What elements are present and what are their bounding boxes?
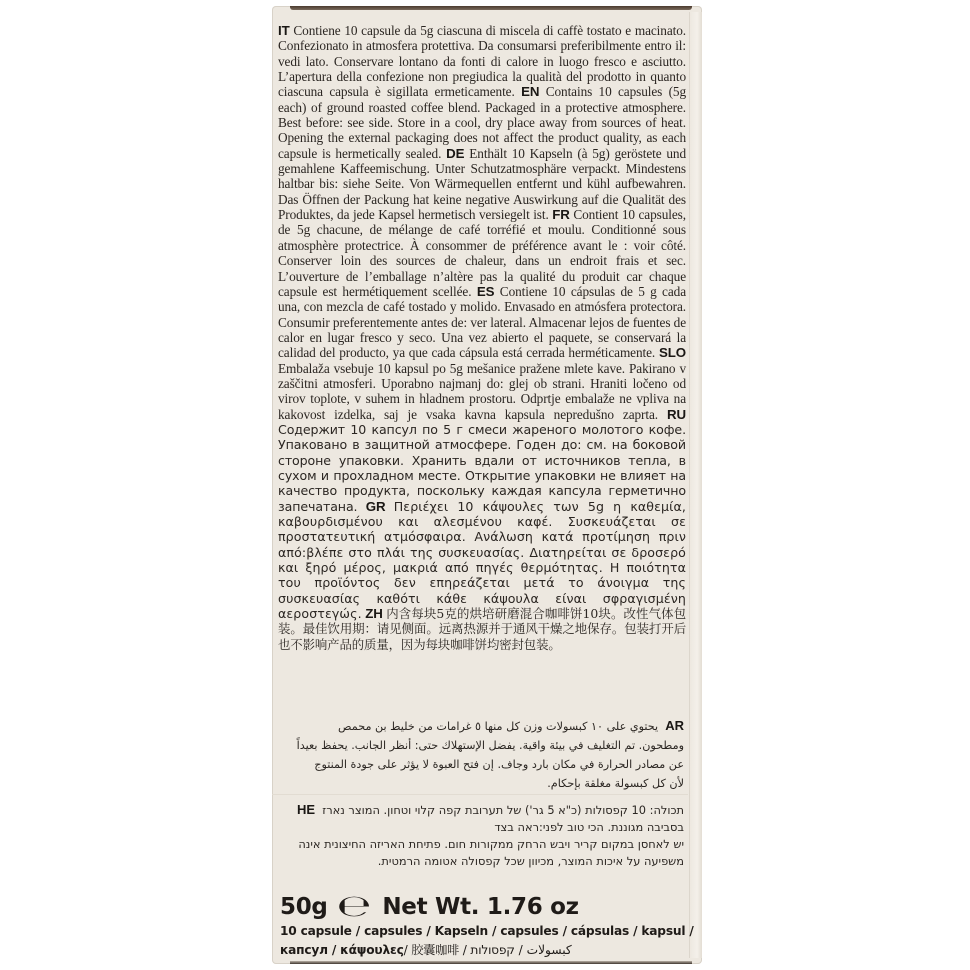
hebrew-line: משפיעה על איכות המוצר, מכיוון שכל קפסולה… [280,853,684,870]
multilingual-description: IT Contiene 10 capsule da 5g ciascuna di… [278,23,686,652]
lang-code-ru: RU [667,407,686,422]
lang-code-ar: AR [665,718,684,733]
lang-code-it: IT [278,23,290,38]
capsule-count-line-1: 10 capsule / capsules / Kapseln / capsul… [280,924,690,938]
lang-code-he: HE [297,802,315,817]
arabic-line: AR يحتوي على ١٠ كبسولات وزن كل منها ٥ غر… [280,716,684,736]
lang-code-de: DE [446,146,464,161]
hebrew-line: תכולה: 10 קפסולות (כ"א 5 גר') של תערובת … [280,801,684,819]
lang-code-en: EN [521,84,539,99]
arabic-line: ومطحون. تم التغليف في بيئة واقية. يفضل ا… [280,736,684,755]
lang-code-es: ES [477,284,495,299]
arabic-line: لأن كل كبسولة مغلقة بإحكام. [280,774,684,793]
net-weight-metric: 50g [280,894,328,920]
net-weight: 50g ℮ Net Wt. 1.76 oz [280,894,579,920]
capsule-count-line-2: капсул / κάψουλες/ 胶囊咖啡 / كبسولات / קפסו… [280,941,690,958]
fold-line [272,794,688,795]
lang-code-fr: FR [552,207,570,222]
lang-text-slo: Embalaža vsebuje 10 kapsul po 5g mešanic… [278,361,686,422]
arabic-description: AR يحتوي على ١٠ كبسولات وزن كل منها ٥ غر… [280,716,684,793]
hebrew-description: תכולה: 10 קפסולות (כ"א 5 גר') של תערובת … [280,801,684,870]
hebrew-line: בסביבה מגוננת. הכי טוב לפני:ראה בצד [280,819,684,836]
net-weight-imperial: Net Wt. 1.76 oz [382,894,578,920]
hebrew-line: יש לאחסן במקום קריר ויבש הרחק ממקורות חו… [280,836,684,853]
box-side-fold [689,12,702,958]
coffee-box-back-panel: IT Contiene 10 capsule da 5g ciascuna di… [272,6,702,964]
lang-code-gr: GR [366,499,386,514]
lang-code-zh: ZH [365,606,383,621]
box-bottom-edge [290,961,692,964]
lang-code-slo: SLO [659,345,686,360]
box-top-edge [290,6,692,10]
lang-text-gr: Περιέχει 10 κάψουλες των 5g η καθεμία, κ… [278,499,686,621]
arabic-line: عن مصادر الحرارة في مكان بارد وجاف. إن ف… [280,755,684,774]
estimated-sign-icon: ℮ [337,897,371,917]
